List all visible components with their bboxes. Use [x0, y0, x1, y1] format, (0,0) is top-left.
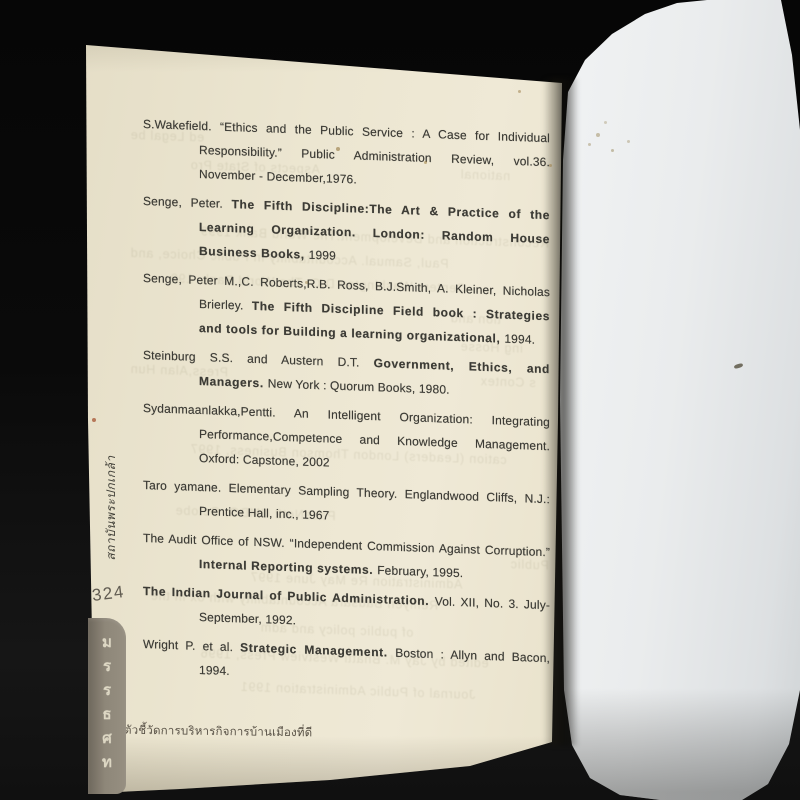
- photo-background: มรรธศท ed Legal beAspects of State Prona…: [0, 0, 800, 800]
- foxing-spot: [596, 133, 600, 137]
- foxing-spot: [611, 149, 614, 152]
- bibliography: S.Wakefield. “Ethics and the Public Serv…: [143, 112, 550, 699]
- tab-letter: ม: [88, 631, 126, 655]
- foxing-spot: [336, 147, 340, 151]
- bibliography-entry: Wright P. et al. Strategic Management. B…: [143, 632, 550, 694]
- tab-letter: ร: [88, 655, 126, 679]
- bibliography-entry: Sydanmaanlakka,Pentti. An Intelligent Or…: [143, 396, 550, 482]
- bibliography-entry: Steinburg S.S. and Austern D.T. Governme…: [143, 343, 550, 405]
- tab-letter: ท: [88, 751, 126, 775]
- bibliography-entry: The Audit Office of NSW. “Independent Co…: [143, 526, 550, 588]
- side-vertical-text: สถาบันพระปกเกล้า: [102, 438, 118, 578]
- tab-letters: มรรธศท: [88, 618, 126, 775]
- foxing-spot: [424, 161, 427, 164]
- page-number: 324: [91, 582, 126, 606]
- tab-letter: ร: [88, 679, 126, 703]
- bibliography-entry: Taro yamane. Elementary Sampling Theory.…: [143, 473, 550, 535]
- bibliography-entry: Senge, Peter. The Fifth Discipline:The A…: [143, 189, 550, 275]
- tab-letter: ธ: [88, 703, 126, 727]
- foxing-spot: [518, 90, 521, 93]
- foxing-spot: [588, 143, 591, 146]
- thumb-tab: มรรธศท: [88, 618, 126, 794]
- page-footer: ตัวชี้วัดการบริหารกิจการบ้านเมืองที่ดี: [124, 722, 313, 743]
- foxing-spot: [305, 281, 308, 284]
- bibliography-entry: Senge, Peter M.,C. Roberts,R.B. Ross, B.…: [143, 266, 550, 352]
- foxing-spot: [549, 164, 552, 167]
- foxing-spot: [92, 418, 96, 422]
- bibliography-entry: S.Wakefield. “Ethics and the Public Serv…: [143, 112, 550, 198]
- foxing-spot: [604, 121, 607, 124]
- bibliography-entry: The Indian Journal of Public Administrat…: [143, 579, 550, 641]
- foxing-spot: [627, 140, 630, 143]
- tab-letter: ศ: [88, 727, 126, 751]
